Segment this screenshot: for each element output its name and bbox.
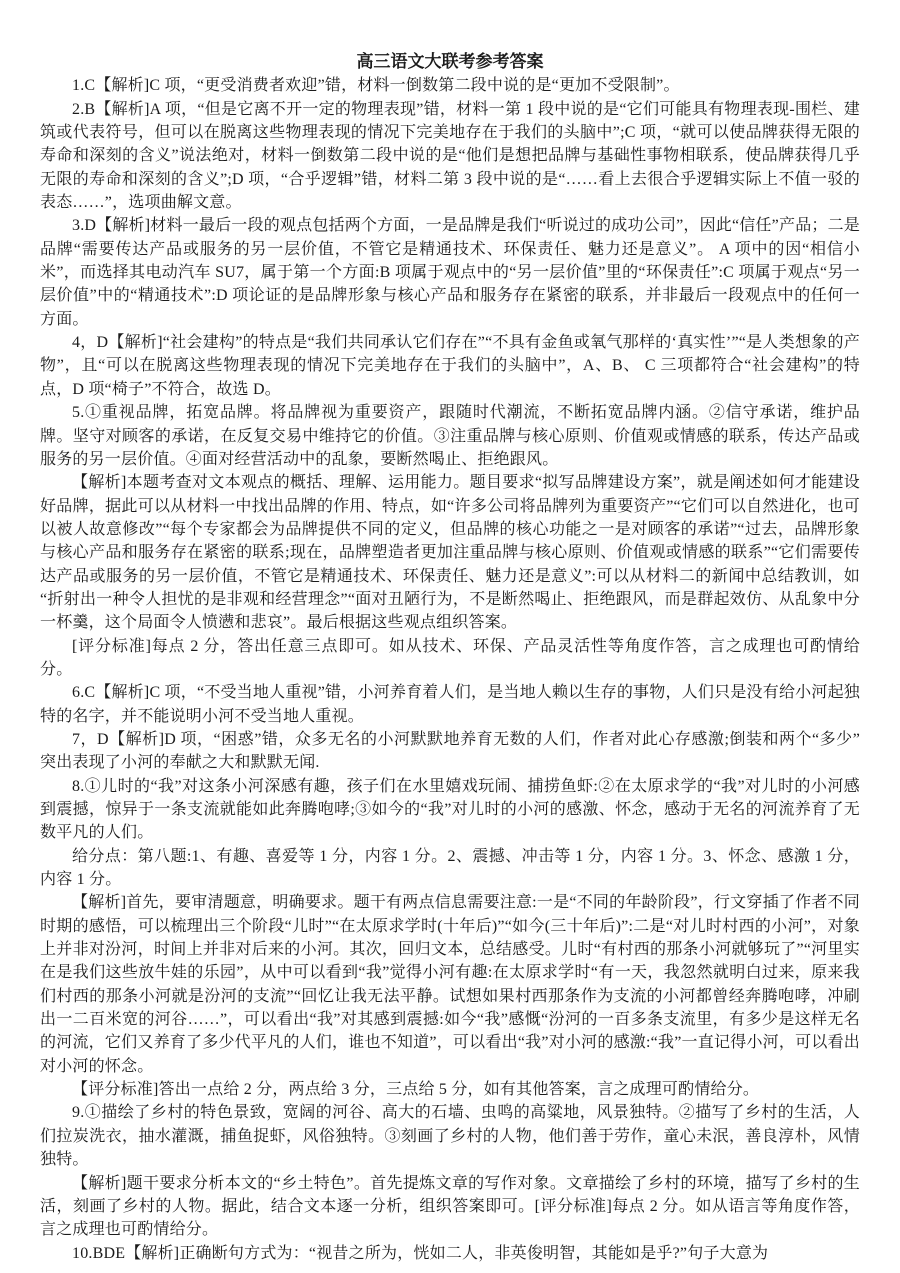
answer-q5-scoring: [评分标准]每点 2 分，答出任意三点即可。如从技术、环保、产品灵活性等角度作答…: [40, 635, 860, 682]
answer-q8-analysis: 【解析]首先，要审清题意，明确要求。题干有两点信息需要注意:一是“不同的年龄阶段…: [40, 891, 860, 1078]
answer-q6: 6.C【解析]C 项，“不受当地人重视”错，小河养育着人们，是当地人赖以生存的事…: [40, 681, 860, 728]
answer-q1: 1.C【解析]C 项，“更受消费者欢迎”错，材料一倒数第二段中说的是“更加不受限…: [40, 74, 860, 97]
answer-q2: 2.B【解析]A 项，“但是它离不开一定的物理表现”错，材料一第 1 段中说的是…: [40, 98, 860, 215]
answer-q5: 5.①重视品牌，拓宽品牌。将品牌视为重要资产，跟随时代潮流，不断拓宽品牌内涵。②…: [40, 401, 860, 471]
answer-q8-scoring-points: 给分点：第八题:1、有趣、喜爱等 1 分，内容 1 分。2、震撼、冲击等 1 分…: [40, 845, 860, 892]
answer-q8-scoring: 【评分标准]答出一点给 2 分，两点给 3 分，三点给 5 分，如有其他答案，言…: [40, 1078, 860, 1101]
answer-q5-analysis: 【解析]本题考查对文本观点的概括、理解、运用能力。题目要求“拟写品牌建设方案”，…: [40, 471, 860, 634]
answer-q10: 10.BDE【解析]正确断句方式为：“视昔之所为，恍如二人，非英俊明智，其能如是…: [40, 1242, 860, 1265]
answer-sheet-page: 高三语文大联考参考答案 1.C【解析]C 项，“更受消费者欢迎”错，材料一倒数第…: [0, 0, 900, 1273]
answer-q7: 7，D【解析]D 项，“困惑”错，众多无名的小河默默地养育无数的人们，作者对此心…: [40, 728, 860, 775]
answer-q4: 4，D【解析]“社会建构”的特点是“我们共同承认它们存在”“不具有金鱼或氧气那样…: [40, 331, 860, 401]
answer-q8: 8.①儿时的“我”对这条小河深感有趣，孩子们在水里嬉戏玩闹、捕捞鱼虾:②在太原求…: [40, 775, 860, 845]
answer-q3: 3.D【解析]材料一最后一段的观点包括两个方面，一是品牌是我们“听说过的成功公司…: [40, 214, 860, 331]
page-title: 高三语文大联考参考答案: [40, 50, 860, 73]
answer-q9-analysis: 【解析]题干要求分析本文的“乡土特色”。首先提炼文章的写作对象。文章描绘了乡村的…: [40, 1172, 860, 1242]
answer-q9: 9.①描绘了乡村的特色景致，宽阔的河谷、高大的石墙、虫鸣的高粱地，风景独特。②描…: [40, 1101, 860, 1171]
